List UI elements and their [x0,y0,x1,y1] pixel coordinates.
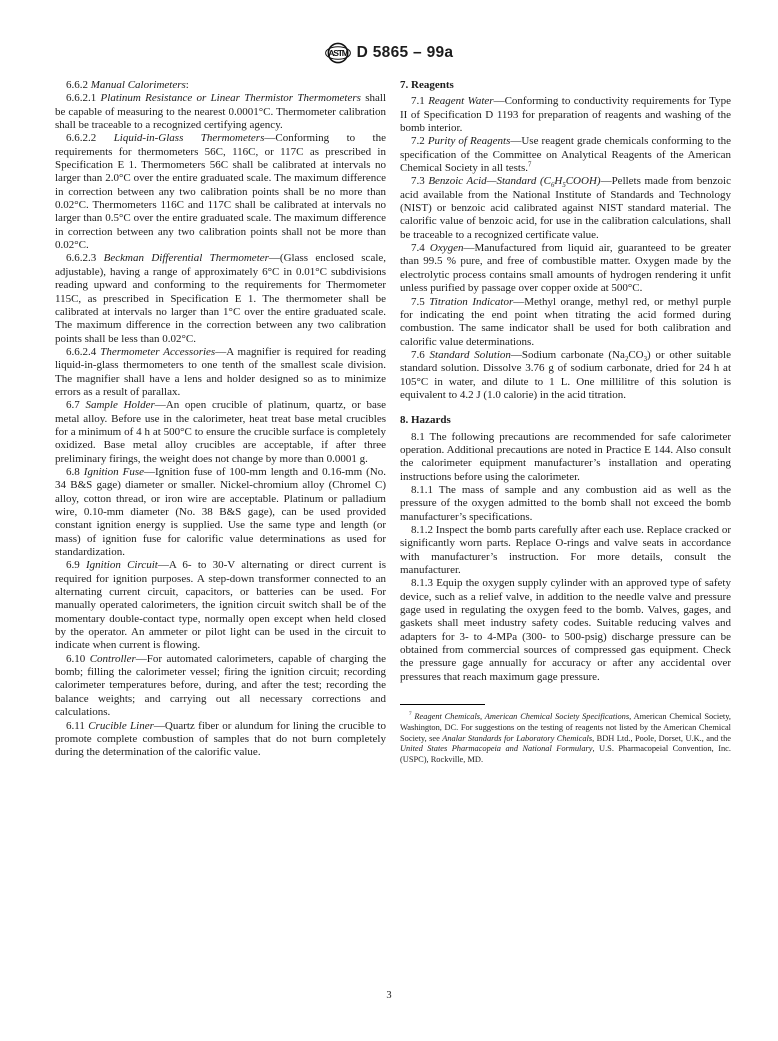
text-run: 7.5 [411,296,429,308]
paragraph: 7.6 Standard Solution—Sodium carbonate (… [400,349,731,402]
text-run: Controller [90,653,136,665]
text-run: Manual Calorimeters [91,79,186,91]
text-run: 8.1.3 Equip the oxygen supply cylinder w… [400,577,731,682]
paragraph: 6.10 Controller—For automated calorimete… [55,653,386,720]
text-run: Titration Indicator [429,296,513,308]
text-run: —Ignition fuse of 100-mm length and 0.16… [55,466,386,558]
text-run: Sample Holder [85,399,154,411]
text-run: 7.4 [411,242,430,254]
footnote-text: 7 Reagent Chemicals, American Chemical S… [400,712,731,766]
text-run: , BDH Ltd., Poole, Dorset, U.K., and the [592,734,731,743]
text-run: 7 [528,161,531,168]
paragraph: 6.11 Crucible Liner—Quartz fiber or alun… [55,720,386,760]
paragraph: 6.6.2.2 Liquid-in-Glass Thermometers—Con… [55,132,386,252]
text-run: 7.3 [411,175,428,187]
svg-text:ASTM: ASTM [328,48,348,58]
right-column-text: 7. Reagents7.1 Reagent Water—Conforming … [400,79,731,684]
text-run: 6.6.2.3 [66,252,104,264]
text-run: 8.1 The following precautions are recomm… [400,431,731,483]
text-run: Crucible Liner [88,720,154,732]
text-run: 6.6.2 [66,79,91,91]
text-run: 6.7 [66,399,85,411]
text-run: Oxygen [430,242,464,254]
text-run: Benzoic Acid—Standard (C [428,175,551,187]
left-column-text: 6.6.2 Manual Calorimeters:6.6.2.1 Platin… [55,79,386,760]
text-run: 6.10 [66,653,90,665]
paragraph: 6.6.2.3 Beckman Differential Thermometer… [55,252,386,345]
footnote-separator [400,704,485,705]
text-run: Reagent Chemicals, American Chemical Soc… [414,712,629,721]
document-code: D 5865 – 99a [357,44,454,62]
paragraph: 6.7 Sample Holder—An open crucible of pl… [55,399,386,466]
text-run: 6.9 [66,559,86,571]
footnote: 7 Reagent Chemicals, American Chemical S… [400,704,731,766]
text-run: Ignition Circuit [86,559,158,571]
paragraph: 7 Reagent Chemicals, American Chemical S… [400,712,731,766]
text-run: 7. Reagents [400,79,454,91]
section-heading: 7. Reagents [400,79,731,92]
text-run: 8.1.2 Inspect the bomb parts carefully a… [400,524,731,576]
text-run: Analar Standards for Laboratory Chemical… [442,734,592,743]
page-footer: 3 [0,990,778,1001]
document-page: ASTM D 5865 – 99a 6.6.2 Manual Calorimet… [0,0,778,1041]
text-run: : [186,79,189,91]
text-run: 7.1 [411,95,428,107]
text-run: 6.6.2.2 [66,132,114,144]
text-run: 6.6.2.4 [66,346,100,358]
text-run: Thermometer Accessories [100,346,215,358]
text-run: 6.11 [66,720,88,732]
two-column-body: 6.6.2 Manual Calorimeters:6.6.2.1 Platin… [0,66,778,766]
text-run: 8. Hazards [400,414,451,426]
paragraph: 6.6.2.1 Platinum Resistance or Linear Th… [55,92,386,132]
paragraph: 7.2 Purity of Reagents—Use reagent grade… [400,135,731,175]
text-run: —A 6- to 30-V alternating or direct curr… [55,559,386,651]
left-column: 6.6.2 Manual Calorimeters:6.6.2.1 Platin… [55,79,386,766]
paragraph: 8.1 The following precautions are recomm… [400,431,731,484]
text-run: Platinum Resistance or Linear Thermistor… [101,92,361,104]
text-run: 7.6 [411,349,430,361]
text-run: 6.6.2.1 [66,92,101,104]
paragraph: 6.6.2.4 Thermometer Accessories—A magnif… [55,346,386,399]
paragraph: 6.8 Ignition Fuse—Ignition fuse of 100-m… [55,466,386,559]
text-run: United States Pharmacopeia and National … [400,744,593,753]
paragraph: 7.4 Oxygen—Manufactured from liquid air,… [400,242,731,295]
text-run: Beckman Differential Thermometer [104,252,269,264]
text-run: COOH) [566,175,601,187]
text-run: 8.1.1 The mass of sample and any combust… [400,484,731,523]
text-run: 7.2 [411,135,428,147]
paragraph: 7.1 Reagent Water—Conforming to conducti… [400,95,731,135]
paragraph: 6.9 Ignition Circuit—A 6- to 30-V altern… [55,559,386,652]
paragraph: 8.1.3 Equip the oxygen supply cylinder w… [400,577,731,684]
text-run: Standard Solution [430,349,511,361]
text-run: —(Glass enclosed scale, adjustable), hav… [55,252,386,344]
page-header: ASTM D 5865 – 99a [0,0,778,66]
paragraph: 8.1.2 Inspect the bomb parts carefully a… [400,524,731,577]
paragraph: 7.3 Benzoic Acid—Standard (C6H5COOH)—Pel… [400,175,731,242]
text-run: —Sodium carbonate (Na [511,349,625,361]
paragraph: 6.6.2 Manual Calorimeters: [55,79,386,92]
text-run: Reagent Water [428,95,493,107]
text-run: CO [628,349,643,361]
astm-logo-icon: ASTM [325,40,351,66]
section-heading: 8. Hazards [400,414,731,427]
paragraph: 7.5 Titration Indicator—Methyl orange, m… [400,296,731,349]
text-run: 6.8 [66,466,84,478]
text-run: —Conforming to the requirements for ther… [55,132,386,251]
paragraph: 8.1.1 The mass of sample and any combust… [400,484,731,524]
text-run: Purity of Reagents [428,135,511,147]
text-run: Liquid-in-Glass Thermometers [114,132,265,144]
right-column: 7. Reagents7.1 Reagent Water—Conforming … [400,79,731,766]
text-run: Ignition Fuse [84,466,144,478]
page-number: 3 [386,990,391,1001]
